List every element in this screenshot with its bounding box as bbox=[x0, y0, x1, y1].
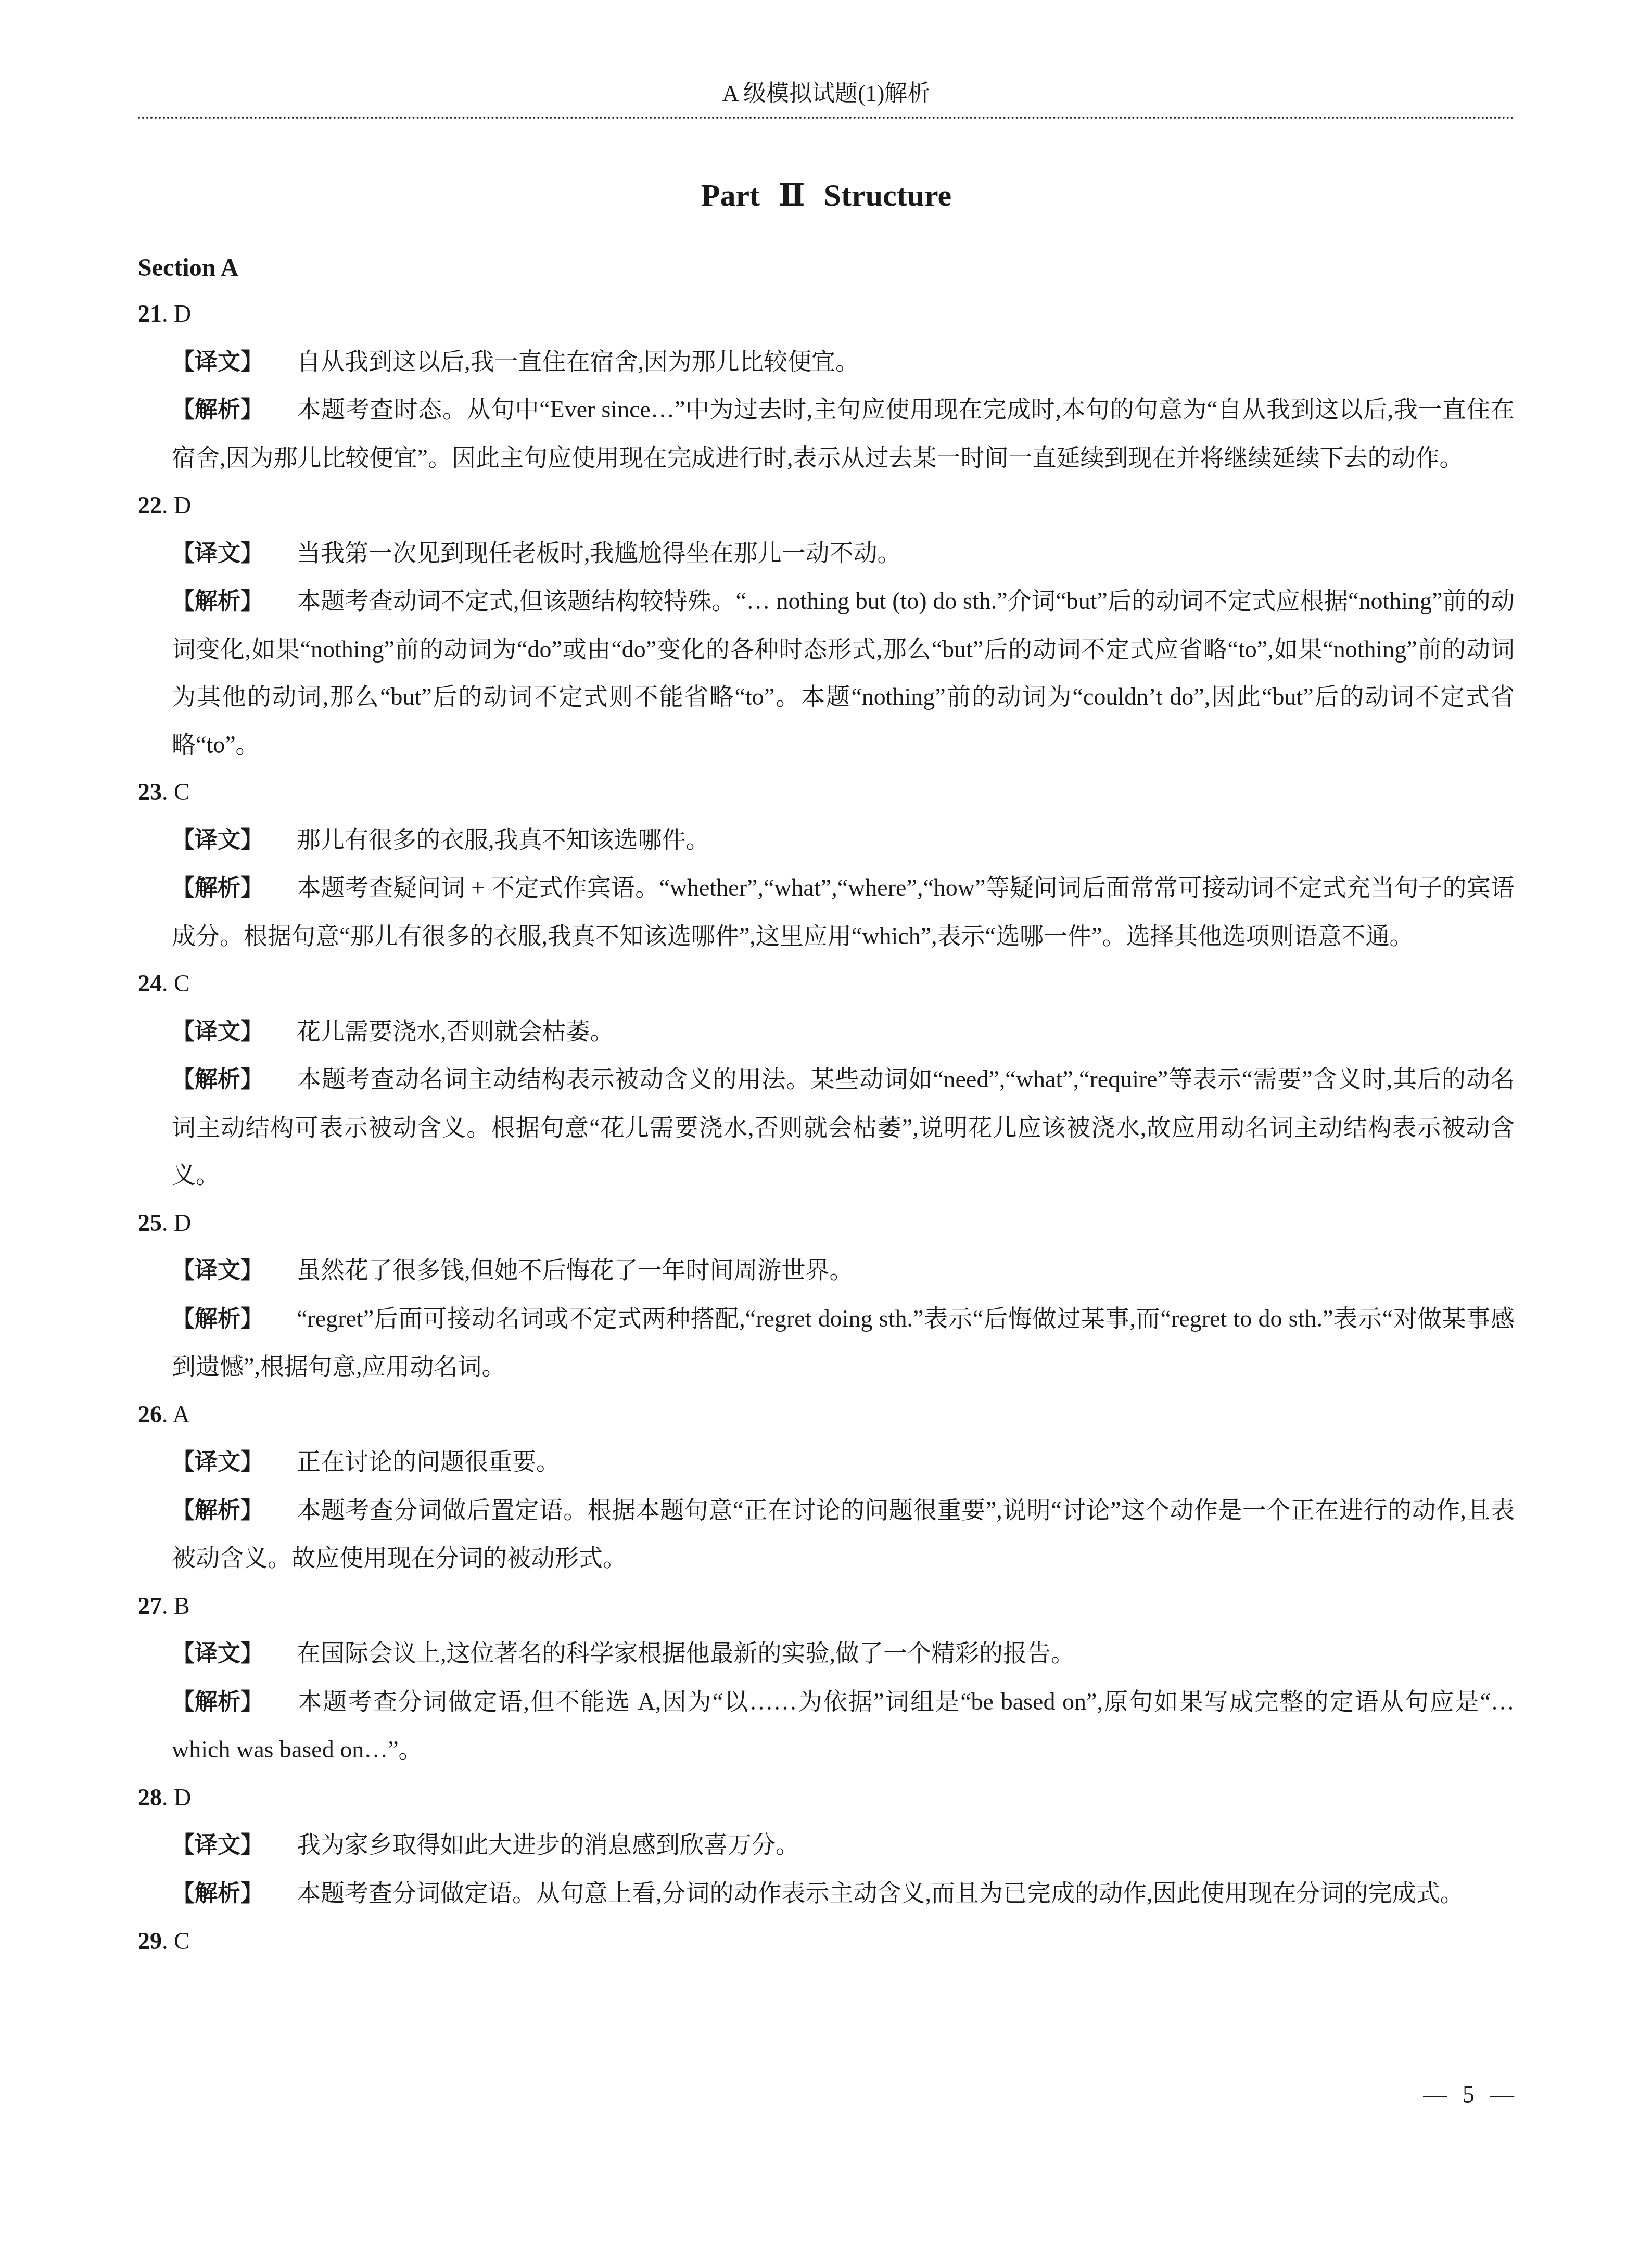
analysis-paragraph: 【解析】本题考查时态。从句中“Ever since…”中为过去时,主句应使用现在… bbox=[138, 386, 1515, 481]
translation-paragraph: 【译文】虽然花了很多钱,但她不后悔花了一年时间周游世界。 bbox=[138, 1246, 1515, 1295]
analysis-label: 【解析】 bbox=[172, 1295, 297, 1343]
answer-line: 28. D bbox=[138, 1774, 1515, 1821]
analysis-text: “regret”后面可接动名词或不定式两种搭配,“regret doing st… bbox=[172, 1305, 1515, 1380]
analysis-text: 本题考查时态。从句中“Ever since…”中为过去时,主句应使用现在完成时,… bbox=[172, 396, 1515, 471]
analysis-label: 【解析】 bbox=[172, 1870, 297, 1918]
question-number: 26 bbox=[138, 1401, 162, 1428]
translation-label: 【译文】 bbox=[172, 338, 297, 386]
translation-paragraph: 【译文】正在讨论的问题很重要。 bbox=[138, 1438, 1515, 1486]
answer-line: 25. D bbox=[138, 1199, 1515, 1247]
translation-label: 【译文】 bbox=[172, 1630, 297, 1678]
translation-label: 【译文】 bbox=[172, 530, 297, 578]
translation-text: 花儿需要浇水,否则就会枯萎。 bbox=[297, 1018, 614, 1044]
question-item-24: 24. C 【译文】花儿需要浇水,否则就会枯萎。 【解析】本题考查动名词主动结构… bbox=[138, 960, 1515, 1199]
analysis-paragraph: 【解析】本题考查疑问词 + 不定式作宾语。“whether”,“what”,“w… bbox=[138, 864, 1515, 960]
analysis-text: 本题考查分词做后置定语。根据本题句意“正在讨论的问题很重要”,说明“讨论”这个动… bbox=[172, 1497, 1515, 1572]
answer-letter: A bbox=[172, 1401, 189, 1428]
question-item-25: 25. D 【译文】虽然花了很多钱,但她不后悔花了一年时间周游世界。 【解析】“… bbox=[138, 1199, 1515, 1391]
section-title: Section A bbox=[138, 250, 238, 286]
question-item-21: 21. D 【译文】自从我到这以后,我一直住在宿舍,因为那儿比较便宜。 【解析】… bbox=[138, 290, 1515, 481]
translation-text: 在国际会议上,这位著名的科学家根据他最新的实验,做了一个精彩的报告。 bbox=[297, 1640, 1075, 1666]
answer-explanations: 21. D 【译文】自从我到这以后,我一直住在宿舍,因为那儿比较便宜。 【解析】… bbox=[138, 290, 1515, 1965]
question-number: 24 bbox=[138, 970, 162, 997]
question-item-29: 29. C bbox=[138, 1917, 1515, 1965]
answer-letter: D bbox=[174, 300, 191, 327]
translation-text: 自从我到这以后,我一直住在宿舍,因为那儿比较便宜。 bbox=[297, 348, 859, 375]
analysis-label: 【解析】 bbox=[172, 1056, 297, 1104]
answer-letter: C bbox=[174, 970, 190, 997]
analysis-text: 本题考查分词做定语,但不能选 A,因为“以……为依据”词组是“be based … bbox=[172, 1688, 1515, 1763]
translation-text: 正在讨论的问题很重要。 bbox=[297, 1448, 560, 1475]
analysis-paragraph: 【解析】本题考查分词做定语,但不能选 A,因为“以……为依据”词组是“be ba… bbox=[138, 1678, 1515, 1774]
translation-label: 【译文】 bbox=[172, 1438, 297, 1486]
translation-paragraph: 【译文】当我第一次见到现任老板时,我尴尬得坐在那儿一动不动。 bbox=[138, 529, 1515, 578]
question-item-23: 23. C 【译文】那儿有很多的衣服,我真不知该选哪件。 【解析】本题考查疑问词… bbox=[138, 768, 1515, 960]
question-number: 23 bbox=[138, 779, 162, 805]
analysis-label: 【解析】 bbox=[172, 864, 297, 912]
analysis-text: 本题考查疑问词 + 不定式作宾语。“whether”,“what”,“where… bbox=[172, 874, 1515, 949]
translation-paragraph: 【译文】花儿需要浇水,否则就会枯萎。 bbox=[138, 1008, 1515, 1056]
answer-line: 27. B bbox=[138, 1582, 1515, 1630]
question-item-27: 27. B 【译文】在国际会议上,这位著名的科学家根据他最新的实验,做了一个精彩… bbox=[138, 1582, 1515, 1774]
analysis-label: 【解析】 bbox=[172, 578, 297, 626]
translation-text: 我为家乡取得如此大进步的消息感到欣喜万分。 bbox=[297, 1831, 799, 1858]
question-number: 21 bbox=[138, 300, 162, 327]
answer-line: 22. D bbox=[138, 481, 1515, 529]
answer-line: 26. A bbox=[138, 1391, 1515, 1438]
answer-line: 23. C bbox=[138, 768, 1515, 816]
translation-label: 【译文】 bbox=[172, 817, 297, 864]
analysis-text: 本题考查动词不定式,但该题结构较特殊。“… nothing but (to) d… bbox=[172, 588, 1515, 758]
question-number: 22 bbox=[138, 492, 162, 518]
header-dotted-rule bbox=[138, 117, 1515, 119]
translation-label: 【译文】 bbox=[172, 1008, 297, 1056]
answer-letter: D bbox=[174, 1209, 191, 1236]
running-header: A 级模拟试题(1)解析 bbox=[138, 78, 1515, 109]
analysis-label: 【解析】 bbox=[172, 1487, 297, 1535]
analysis-paragraph: 【解析】本题考查动名词主动结构表示被动含义的用法。某些动词如“need”,“wh… bbox=[138, 1055, 1515, 1199]
answer-line: 21. D bbox=[138, 290, 1515, 338]
answer-letter: B bbox=[174, 1593, 190, 1619]
translation-paragraph: 【译文】我为家乡取得如此大进步的消息感到欣喜万分。 bbox=[138, 1821, 1515, 1869]
question-number: 25 bbox=[138, 1209, 162, 1236]
translation-label: 【译文】 bbox=[172, 1247, 297, 1295]
analysis-text: 本题考查分词做定语。从句意上看,分词的动作表示主动含义,而且为已完成的动作,因此… bbox=[297, 1880, 1464, 1906]
analysis-paragraph: 【解析】本题考查动词不定式,但该题结构较特殊。“… nothing but (t… bbox=[138, 577, 1515, 768]
analysis-paragraph: 【解析】本题考查分词做定语。从句意上看,分词的动作表示主动含义,而且为已完成的动… bbox=[138, 1869, 1515, 1918]
answer-line: 24. C bbox=[138, 960, 1515, 1008]
question-number: 28 bbox=[138, 1784, 162, 1811]
analysis-label: 【解析】 bbox=[172, 386, 297, 434]
page-number: — 5 — bbox=[1423, 2077, 1514, 2113]
translation-label: 【译文】 bbox=[172, 1821, 297, 1869]
answer-letter: C bbox=[174, 779, 190, 805]
answer-letter: C bbox=[174, 1928, 190, 1954]
analysis-paragraph: 【解析】“regret”后面可接动名词或不定式两种搭配,“regret doin… bbox=[138, 1295, 1515, 1391]
translation-text: 那儿有很多的衣服,我真不知该选哪件。 bbox=[297, 826, 710, 853]
answer-line: 29. C bbox=[138, 1917, 1515, 1965]
question-item-28: 28. D 【译文】我为家乡取得如此大进步的消息感到欣喜万分。 【解析】本题考查… bbox=[138, 1774, 1515, 1918]
translation-paragraph: 【译文】自从我到这以后,我一直住在宿舍,因为那儿比较便宜。 bbox=[138, 338, 1515, 386]
analysis-text: 本题考查动名词主动结构表示被动含义的用法。某些动词如“need”,“what”,… bbox=[172, 1066, 1515, 1188]
question-item-22: 22. D 【译文】当我第一次见到现任老板时,我尴尬得坐在那儿一动不动。 【解析… bbox=[138, 481, 1515, 768]
translation-paragraph: 【译文】在国际会议上,这位著名的科学家根据他最新的实验,做了一个精彩的报告。 bbox=[138, 1629, 1515, 1678]
answer-letter: D bbox=[174, 1784, 191, 1811]
translation-text: 虽然花了很多钱,但她不后悔花了一年时间周游世界。 bbox=[297, 1257, 854, 1283]
analysis-label: 【解析】 bbox=[172, 1678, 297, 1726]
answer-letter: D bbox=[174, 492, 191, 518]
part-title: Part Ⅱ Structure bbox=[138, 172, 1515, 219]
translation-paragraph: 【译文】那儿有很多的衣服,我真不知该选哪件。 bbox=[138, 816, 1515, 864]
question-number: 27 bbox=[138, 1593, 162, 1619]
translation-text: 当我第一次见到现任老板时,我尴尬得坐在那儿一动不动。 bbox=[297, 540, 901, 566]
question-item-26: 26. A 【译文】正在讨论的问题很重要。 【解析】本题考查分词做后置定语。根据… bbox=[138, 1391, 1515, 1582]
analysis-paragraph: 【解析】本题考查分词做后置定语。根据本题句意“正在讨论的问题很重要”,说明“讨论… bbox=[138, 1486, 1515, 1582]
question-number: 29 bbox=[138, 1928, 162, 1954]
